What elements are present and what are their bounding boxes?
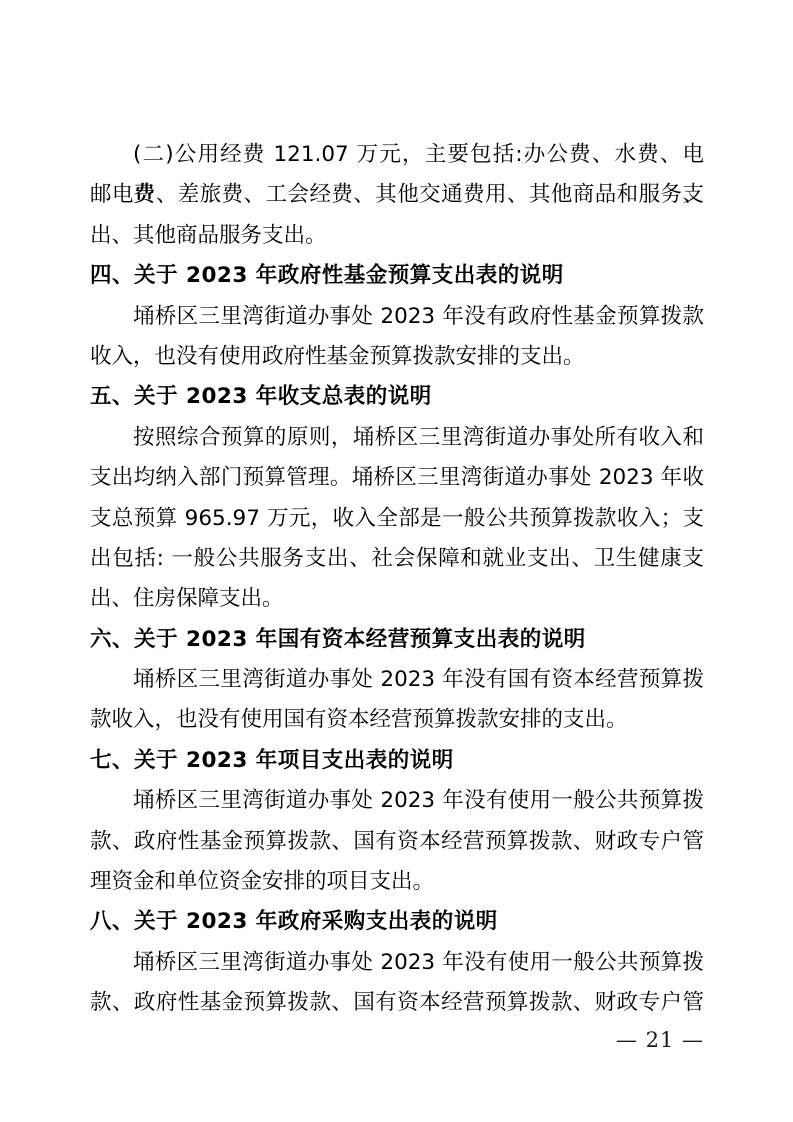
text-line: 款收入，也没有使用国有资本经营预算拨款安排的支出。 bbox=[90, 700, 704, 740]
heading-section-6-state-capital-budget: 六、关于 2023 年国有资本经营预算支出表的说明 bbox=[90, 620, 704, 660]
page-footer: — 21 — bbox=[90, 1028, 704, 1052]
text-line: 理资金和单位资金安排的项目支出。 bbox=[90, 862, 704, 902]
text-line: 按照综合预算的原则，埇桥区三里湾街道办事处所有收入和 bbox=[90, 418, 704, 458]
text-line: 埇桥区三里湾街道办事处 2023 年没有国有资本经营预算拨 bbox=[90, 660, 704, 700]
heading-section-4-govt-fund-budget: 四、关于 2023 年政府性基金预算支出表的说明 bbox=[90, 256, 704, 296]
para-section-5: 按照综合预算的原则，埇桥区三里湾街道办事处所有收入和支出均纳入部门预算管理。埇桥… bbox=[90, 418, 704, 620]
text-line: 出、其他商品服务支出。 bbox=[90, 216, 704, 256]
text-line: 收入，也没有使用政府性基金预算拨款安排的支出。 bbox=[90, 337, 704, 377]
document-content: (二)公用经费 121.07 万元，主要包括:办公费、水费、电费、邮电费、差旅费… bbox=[90, 135, 704, 1024]
text-line: 款、政府性基金预算拨款、国有资本经营预算拨款、财政专户管 bbox=[90, 983, 704, 1023]
para-section-7: 埇桥区三里湾街道办事处 2023 年没有使用一般公共预算拨款、政府性基金预算拨款… bbox=[90, 781, 704, 902]
text-line: 出、住房保障支出。 bbox=[90, 579, 704, 619]
heading-section-8-govt-procurement: 八、关于 2023 年政府采购支出表的说明 bbox=[90, 902, 704, 942]
page-number: — 21 — bbox=[616, 1028, 704, 1052]
text-line: 支出均纳入部门预算管理。埇桥区三里湾街道办事处 2023 年收 bbox=[90, 458, 704, 498]
heading-section-5-income-expense-summary: 五、关于 2023 年收支总表的说明 bbox=[90, 377, 704, 417]
para-public-expense: (二)公用经费 121.07 万元，主要包括:办公费、水费、电费、邮电费、差旅费… bbox=[90, 135, 704, 256]
text-line: 埇桥区三里湾街道办事处 2023 年没有使用一般公共预算拨 bbox=[90, 781, 704, 821]
para-section-8: 埇桥区三里湾街道办事处 2023 年没有使用一般公共预算拨款、政府性基金预算拨款… bbox=[90, 943, 704, 1024]
text-line: 埇桥区三里湾街道办事处 2023 年没有使用一般公共预算拨 bbox=[90, 943, 704, 983]
text-line: 埇桥区三里湾街道办事处 2023 年没有政府性基金预算拨款 bbox=[90, 297, 704, 337]
text-line: 出包括: 一般公共服务支出、社会保障和就业支出、卫生健康支 bbox=[90, 539, 704, 579]
text-line: 款、政府性基金预算拨款、国有资本经营预算拨款、财政专户管 bbox=[90, 822, 704, 862]
para-section-6: 埇桥区三里湾街道办事处 2023 年没有国有资本经营预算拨款收入，也没有使用国有… bbox=[90, 660, 704, 741]
para-section-4: 埇桥区三里湾街道办事处 2023 年没有政府性基金预算拨款收入，也没有使用政府性… bbox=[90, 297, 704, 378]
document-page: (二)公用经费 121.07 万元，主要包括:办公费、水费、电费、邮电费、差旅费… bbox=[0, 0, 793, 1122]
text-line: 邮电费、差旅费、工会经费、其他交通费用、其他商品和服务支 bbox=[90, 175, 704, 215]
heading-section-7-project-expense: 七、关于 2023 年项目支出表的说明 bbox=[90, 741, 704, 781]
text-line: (二)公用经费 121.07 万元，主要包括:办公费、水费、电费、 bbox=[90, 135, 704, 175]
text-line: 支总预算 965.97 万元，收入全部是一般公共预算拨款收入；支 bbox=[90, 499, 704, 539]
